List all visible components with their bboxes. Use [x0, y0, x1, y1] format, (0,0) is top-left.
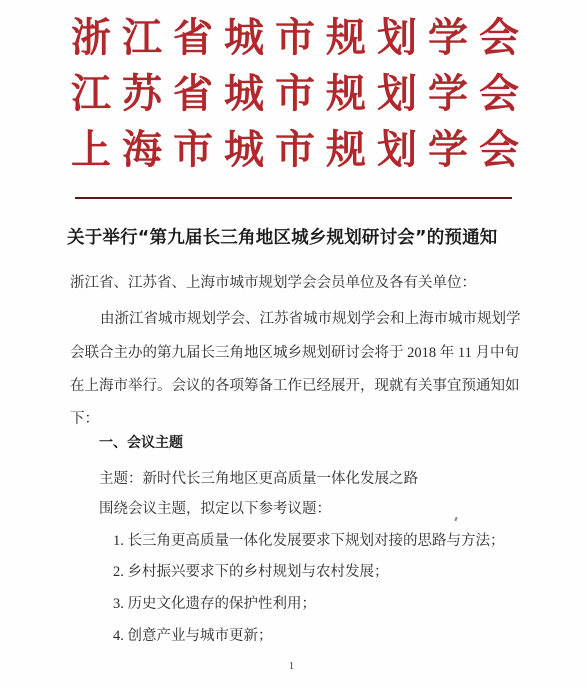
org-line-shanghai: 上 海 市 城 市 规 划 学 会 [70, 126, 520, 174]
letterhead-char: 苏 [121, 70, 163, 118]
letterhead-char: 划 [376, 70, 418, 118]
intro-line-4: 下： [70, 407, 99, 428]
letterhead-char: 海 [121, 126, 163, 174]
letterhead-char: 规 [325, 70, 367, 118]
notice-title: 关于举行“第九届长三角地区城乡规划研讨会”的预通知 [67, 224, 537, 249]
intro-line-3: 在上海市举行。会议的各项筹备工作已经展开，现就有关事宜预通知如 [70, 374, 520, 395]
letterhead-divider [75, 197, 512, 199]
letterhead-char: 规 [325, 14, 367, 62]
org-line-jiangsu: 江 苏 省 城 市 规 划 学 会 [70, 70, 520, 118]
letterhead-char: 江 [70, 70, 112, 118]
document-page: 浙 江 省 城 市 规 划 学 会 江 苏 省 城 市 规 划 学 会 上 海 … [0, 0, 587, 688]
topic-item-1: 1. 长三角更高质量一体化发展要求下规划对接的思路与方法； [113, 529, 505, 550]
intro-line-2: 会联合主办的第九届长三角地区城乡规划研讨会将于 2018 年 11 月中旬 [70, 341, 519, 362]
salutation: 浙江省、江苏省、上海市城市规划学会会员单位及各有关单位： [70, 271, 476, 292]
intro-line-1: 由浙江省城市规划学会、江苏省城市规划学会和上海市城市规划学 [100, 307, 521, 328]
letterhead-char: 市 [274, 14, 316, 62]
topics-lead: 围绕会议主题，拟定以下参考议题： [99, 497, 331, 518]
letterhead-char: 会 [478, 70, 520, 118]
letterhead-char: 学 [427, 14, 469, 62]
letterhead-char: 省 [172, 14, 214, 62]
letterhead-char: 学 [427, 126, 469, 174]
letterhead-char: 浙 [70, 14, 112, 62]
letterhead-char: 上 [70, 126, 112, 174]
letterhead-char: 规 [325, 126, 367, 174]
letterhead-char: 城 [223, 126, 265, 174]
letterhead-char: 市 [172, 126, 214, 174]
letterhead-char: 市 [274, 126, 316, 174]
theme-statement: 主题：新时代长三角地区更高质量一体化发展之路 [99, 467, 418, 488]
topic-item-2: 2. 乡村振兴要求下的乡村规划与农村发展； [113, 560, 389, 581]
letterhead-char: 城 [223, 70, 265, 118]
letterhead-char: 城 [223, 14, 265, 62]
letterhead-char: 省 [172, 70, 214, 118]
scan-speck [454, 517, 457, 521]
org-line-zhejiang: 浙 江 省 城 市 规 划 学 会 [70, 14, 520, 62]
letterhead-char: 市 [274, 70, 316, 118]
letterhead-char: 划 [376, 126, 418, 174]
letterhead-char: 会 [478, 14, 520, 62]
topic-item-4: 4. 创意产业与城市更新； [113, 624, 273, 645]
letterhead-char: 划 [376, 14, 418, 62]
letterhead-char: 学 [427, 70, 469, 118]
letterhead-char: 江 [121, 14, 163, 62]
topic-item-3: 3. 历史文化遗存的保护性利用； [113, 592, 316, 613]
section-heading-theme: 一、会议主题 [99, 432, 183, 452]
page-number: 1 [289, 661, 294, 672]
letterhead-char: 会 [478, 126, 520, 174]
